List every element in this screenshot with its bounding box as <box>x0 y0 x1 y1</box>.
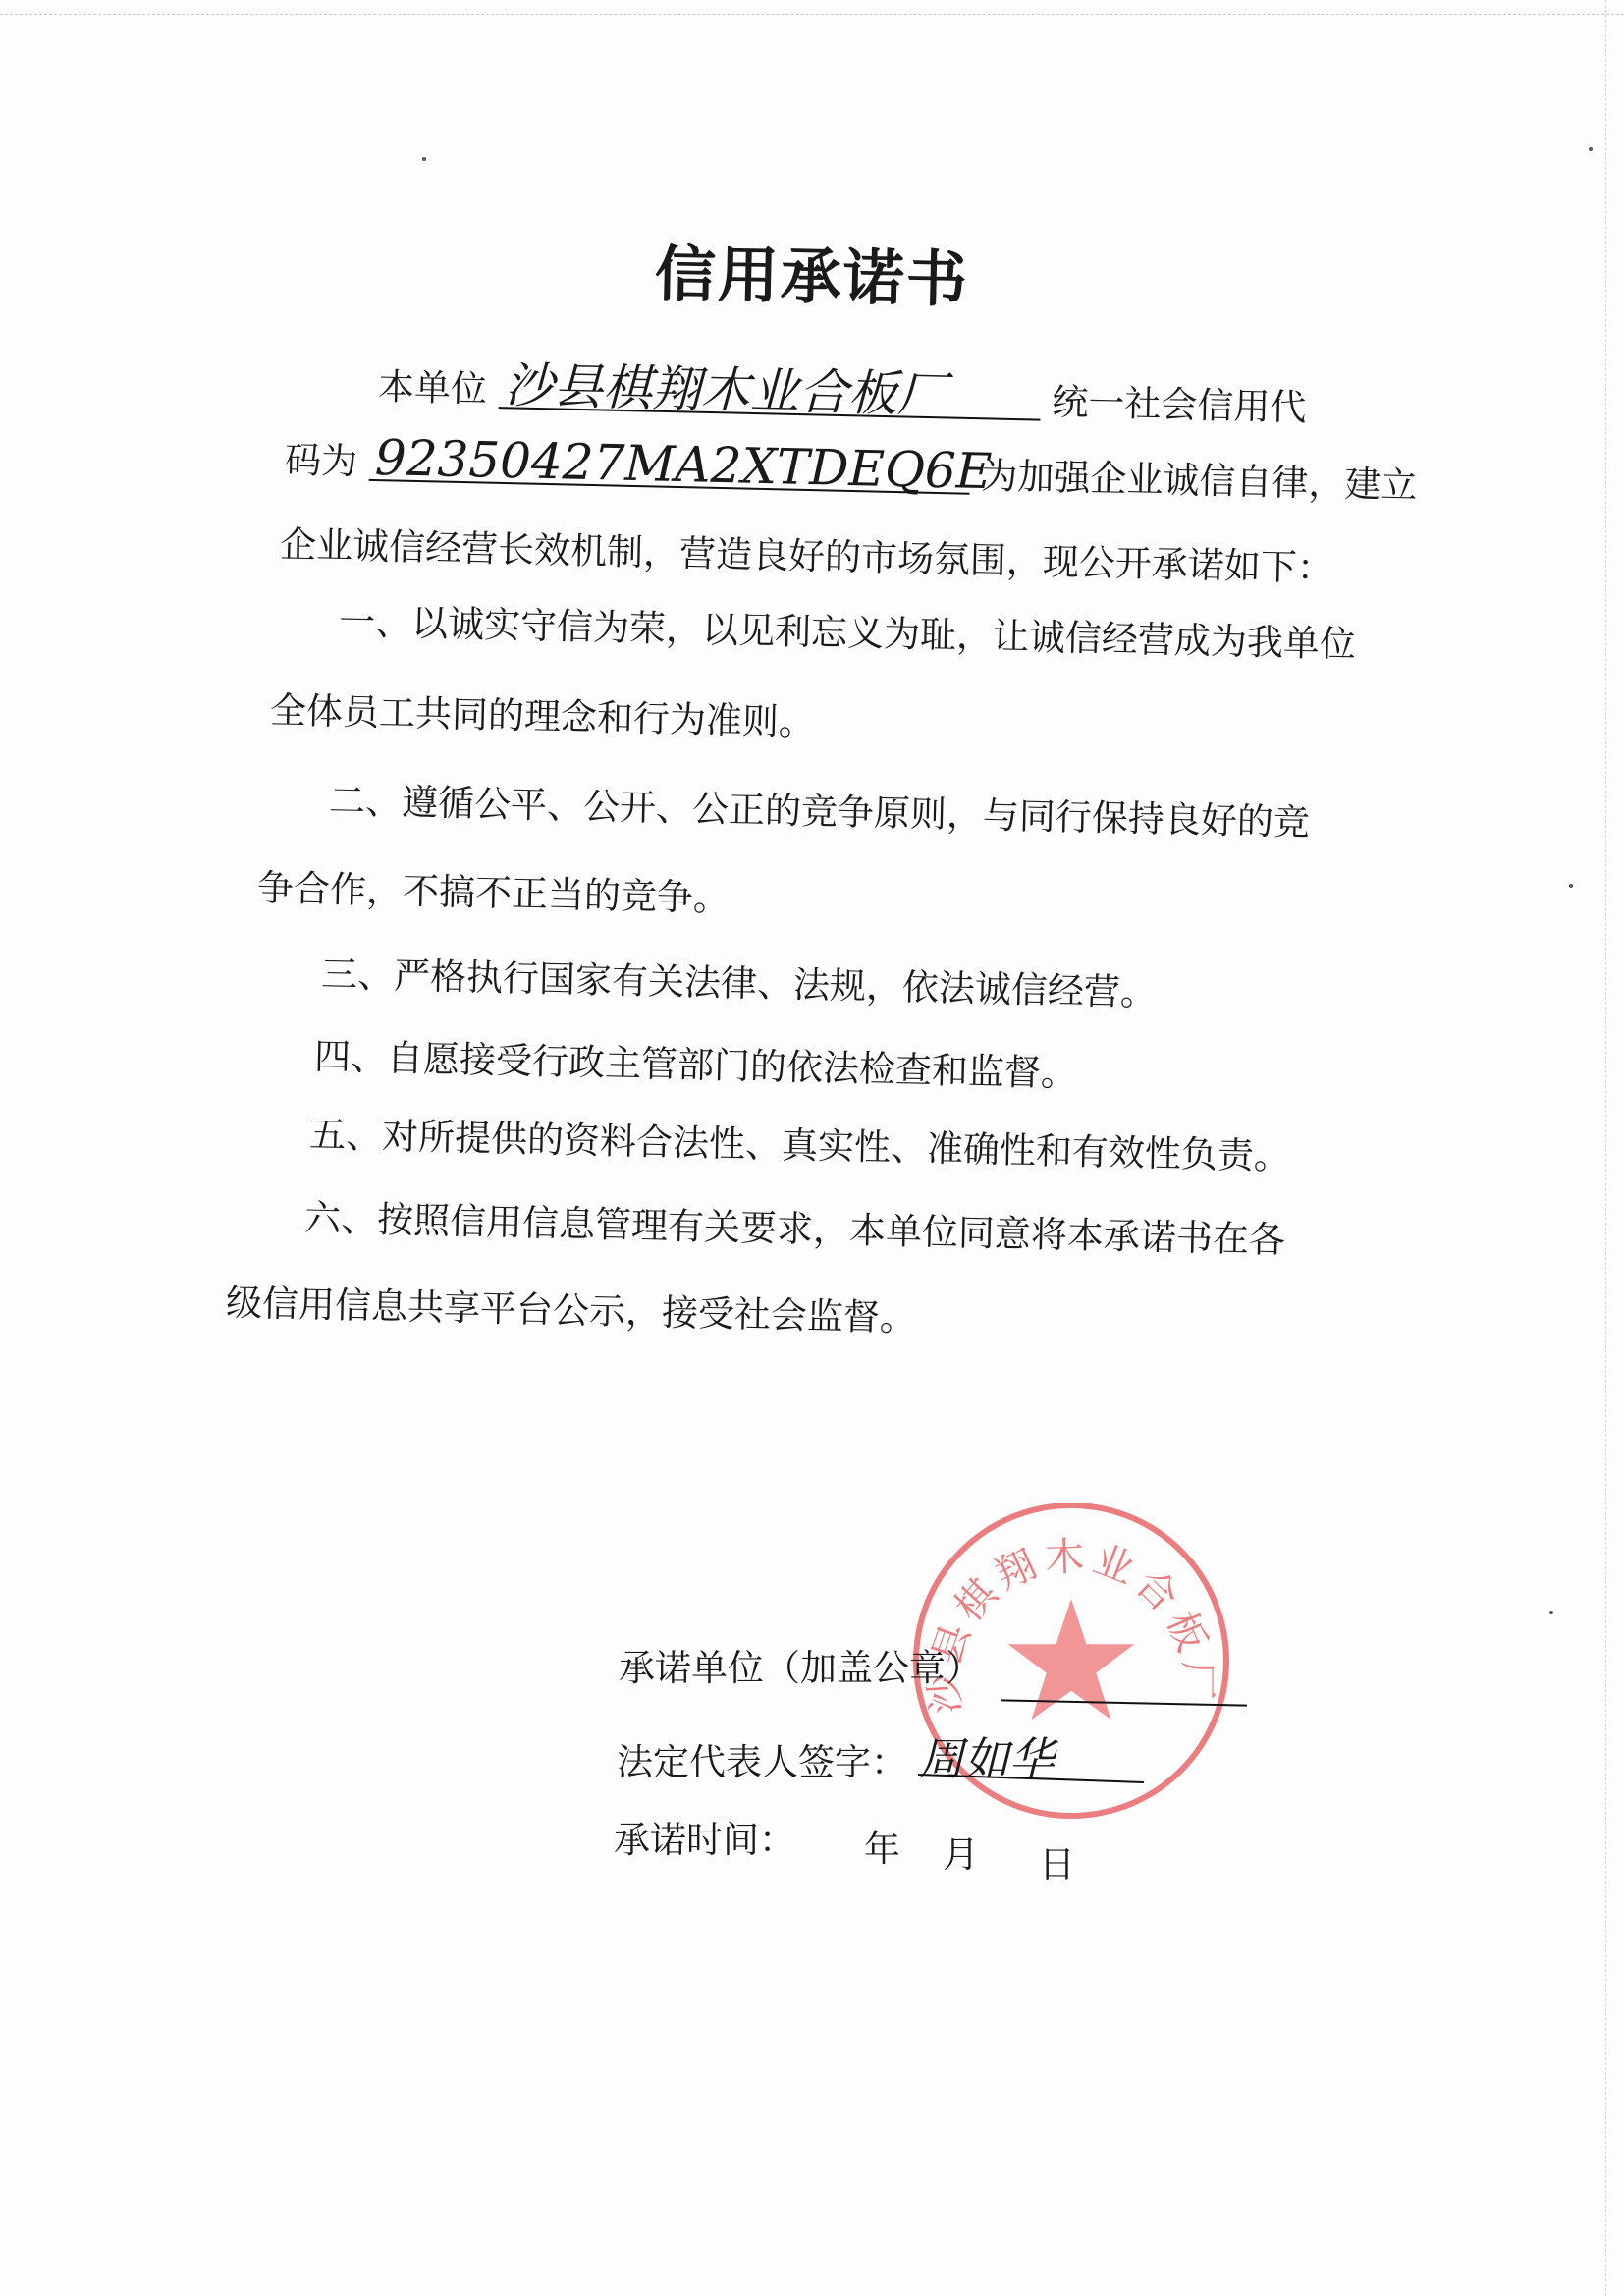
scan-speck <box>1569 884 1573 888</box>
scan-speck <box>422 157 426 161</box>
seal-unit-label: 承诺单位（加盖公章） <box>619 1638 982 1691</box>
commitment-3: 三、严格执行国家有关法律、法规，依法诚信经营。 <box>321 953 1158 1014</box>
intro-line-2: 码为 92350427MA2XTDEQ6E 为加强企业诚信自律，建立 <box>285 434 1418 508</box>
unit-label: 本单位 <box>378 365 488 410</box>
credit-code-label: 统一社会信用代 <box>1052 381 1307 429</box>
commitment-4: 四、自愿接受行政主管部门的依法检查和监督。 <box>314 1035 1078 1096</box>
date-label: 承诺时间： <box>614 1810 795 1863</box>
intro-line-2-rest: 为加强企业诚信自律，建立 <box>981 455 1418 507</box>
commitment-6-line-2: 级信用信息共享平台公示，接受社会监督。 <box>226 1282 917 1340</box>
date-month: 月 <box>943 1825 979 1878</box>
date-day: 日 <box>1039 1834 1075 1887</box>
document-page: 信用承诺书 本单位 沙县棋翔木业合板厂 统一社会信用代 码为 92350427M… <box>0 0 1624 2296</box>
legal-rep-row: 法定代表人签字： 周如华 <box>617 1723 1055 1788</box>
unit-name-handwritten: 沙县棋翔木业合板厂 <box>498 363 1041 421</box>
scan-edge-right <box>1604 0 1606 2296</box>
intro-line-3: 企业诚信经营长效机制，营造良好的市场氛围，现公开承诺如下： <box>280 523 1334 590</box>
legal-rep-label: 法定代表人签字： <box>617 1741 907 1783</box>
intro-line-1: 本单位 沙县棋翔木业合板厂 统一社会信用代 <box>378 360 1307 429</box>
commitment-6-line-1: 六、按照信用信息管理有关要求，本单位同意将本承诺书在各 <box>304 1197 1286 1263</box>
commitment-1-line-1: 一、以诚实守信为荣，以见利忘义为耻，让诚信经营成为我单位 <box>339 600 1357 666</box>
commitment-5: 五、对所提供的资料合法性、真实性、准确性和有效性负责。 <box>309 1114 1291 1179</box>
commitment-2-line-2: 争合作，不搞不正当的竞争。 <box>257 867 731 921</box>
commitment-1-line-2: 全体员工共同的理念和行为准则。 <box>270 689 816 745</box>
document-title: 信用承诺书 <box>0 211 1624 333</box>
credit-code-handwritten: 92350427MA2XTDEQ6E <box>368 436 970 495</box>
scan-speck <box>1549 1611 1553 1614</box>
scan-edge-top <box>0 0 1624 15</box>
credit-code-prefix: 码为 <box>285 439 358 483</box>
commitment-2-line-1: 二、遵循公平、公开、公正的竞争原则，与同行保持良好的竞 <box>329 780 1311 846</box>
date-year: 年 <box>864 1819 900 1872</box>
scan-speck <box>1589 147 1593 151</box>
